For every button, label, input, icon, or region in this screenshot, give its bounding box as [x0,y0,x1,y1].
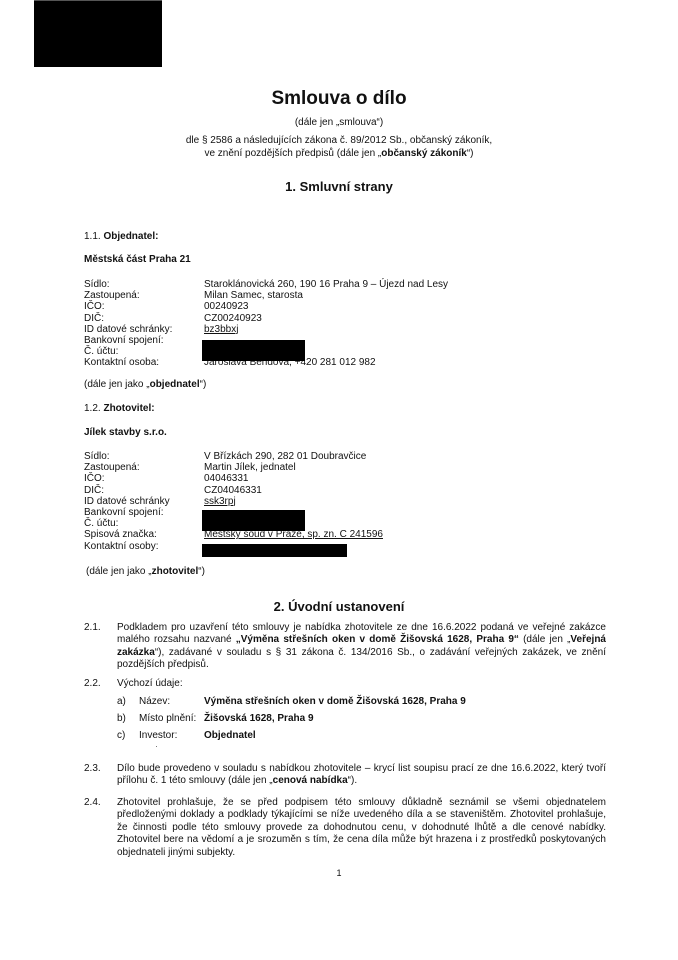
clause-2-2-number: 2.2. [84,678,101,689]
detail-key: Zastoupená: [84,462,204,473]
project-name: „Výměna střešních oken v domě Žišovská 1… [236,634,519,645]
detail-row: Zastoupená:Martin Jílek, jednatel [84,462,383,473]
client-label: 1.1. Objednatel: [84,231,158,242]
clause-number: 1.1. [84,231,103,242]
contractor-name: Jílek stavby s.r.o. [84,427,167,438]
contractor-contact-redaction [202,544,347,557]
clause-2-3-text: Dílo bude provedeno v souladu s nabídkou… [117,763,606,788]
detail-key: Bankovní spojení: [84,335,204,346]
detail-key: Sídlo: [84,279,204,290]
item-key: Místo plnění: [139,713,204,724]
item-value: Objednatel [204,730,256,741]
detail-row: Zastoupená:Milan Samec, starosta [84,290,448,301]
logo-redaction [34,0,162,67]
clause-2-1-number: 2.1. [84,622,101,633]
text: Dílo bude provedeno v souladu s nabídkou… [117,763,606,786]
detail-value: bz3bbxj [204,324,238,335]
clause-2-4-number: 2.4. [84,797,101,808]
detail-value: CZ04046331 [204,485,262,496]
detail-row: IČO:00240923 [84,301,448,312]
item-value: Výměna střešních oken v domě Žišovská 16… [204,696,466,707]
defined-term: cenová nabídka [273,775,348,786]
detail-value: ssk3rpj [204,496,236,507]
detail-row: Sídlo:V Břízkách 290, 282 01 Doubravčice [84,451,383,462]
basic-data-list: a)Název:Výměna střešních oken v domě Žiš… [117,693,466,744]
detail-key: ID datové schránky [84,496,204,507]
stray-dot [156,746,157,747]
detail-row: DIČ:CZ04046331 [84,485,383,496]
clause-2-3-number: 2.3. [84,763,101,774]
text: “). [348,775,357,786]
detail-row: IČO:04046331 [84,473,383,484]
client-name: Městská část Praha 21 [84,254,191,265]
detail-row: Sídlo:Staroklánovická 260, 190 16 Praha … [84,279,448,290]
text: “) [467,148,474,159]
detail-key: Kontaktní osoba: [84,357,204,368]
detail-value: 04046331 [204,473,249,484]
item-value: Žišovská 1628, Praha 9 [204,713,314,724]
contractor-label: 1.2. Zhotovitel: [84,403,155,414]
clause-2-4-text: Zhotovitel prohlašuje, že se před podpis… [117,797,606,859]
document-subtitle: (dále jen „smlouva“) [0,117,678,128]
basic-data-item: a)Název:Výměna střešních oken v domě Žiš… [117,693,466,710]
detail-row: DIČ:CZ00240923 [84,313,448,324]
detail-value: Martin Jílek, jednatel [204,462,296,473]
clause-2-2-text: Výchozí údaje: [117,678,183,689]
detail-key: Kontaktní osoby: [84,541,204,552]
text: “) [198,566,205,577]
detail-key: DIČ: [84,485,204,496]
item-letter: c) [117,730,139,741]
item-key: Název: [139,696,204,707]
page-number: 1 [0,868,678,878]
legal-basis-line2: ve znění pozdějších předpisů (dále jen „… [0,147,678,160]
client-alias: (dále jen jako „objednatel“) [84,379,206,390]
text: “) [200,379,207,390]
basic-data-item: b)Místo plnění:Žišovská 1628, Praha 9 [117,710,466,727]
contractor-details: Sídlo:V Břízkách 290, 282 01 Doubravčice… [84,451,383,552]
document-title: Smlouva o dílo [0,88,678,110]
section-2-heading: 2. Úvodní ustanovení [0,599,678,614]
detail-row: ID datové schránkyssk3rpj [84,496,383,507]
detail-value: 00240923 [204,301,249,312]
contractor-bank-redaction [202,510,305,531]
detail-value: Milan Samec, starosta [204,290,303,301]
text: (dále jen jako „ [84,379,150,390]
text: ve znění pozdějších předpisů (dále jen „ [204,148,381,159]
clause-number: 1.2. [84,403,103,414]
client-bank-redaction [202,340,305,361]
defined-term: zhotovitel [152,566,199,577]
detail-value: Staroklánovická 260, 190 16 Praha 9 – Új… [204,279,448,290]
detail-key: Bankovní spojení: [84,507,204,518]
detail-key: ID datové schránky: [84,324,204,335]
detail-key: IČO: [84,473,204,484]
detail-key: IČO: [84,301,204,312]
clause-2-1-text: Podkladem pro uzavření této smlouvy je n… [117,622,606,672]
basic-data-item: c)Investor:Objednatel [117,727,466,744]
text: (dále jen jako „ [86,566,152,577]
legal-basis-line1: dle § 2586 a následujících zákona č. 89/… [0,134,678,147]
detail-key: Sídlo: [84,451,204,462]
detail-row: ID datové schránky:bz3bbxj [84,324,448,335]
detail-key: Č. účtu: [84,346,204,357]
contractor-alias: (dále jen jako „zhotovitel“) [86,566,205,577]
detail-value: CZ00240923 [204,313,262,324]
legal-basis: dle § 2586 a následujících zákona č. 89/… [0,134,678,160]
clause-title: Zhotovitel: [103,403,154,414]
item-letter: a) [117,696,139,707]
detail-key: Spisová značka: [84,529,204,540]
item-key: Investor: [139,730,204,741]
clause-title: Objednatel: [103,231,158,242]
detail-value: V Břízkách 290, 282 01 Doubravčice [204,451,366,462]
detail-key: Č. účtu: [84,518,204,529]
item-letter: b) [117,713,139,724]
detail-key: DIČ: [84,313,204,324]
defined-term: objednatel [150,379,200,390]
defined-term: občanský zákoník [381,148,467,159]
text: (dále jen „ [519,634,571,645]
text: “), zadávané v souladu s § 31 zákona č. … [117,647,606,670]
detail-key: Zastoupená: [84,290,204,301]
section-1-heading: 1. Smluvní strany [0,179,678,194]
